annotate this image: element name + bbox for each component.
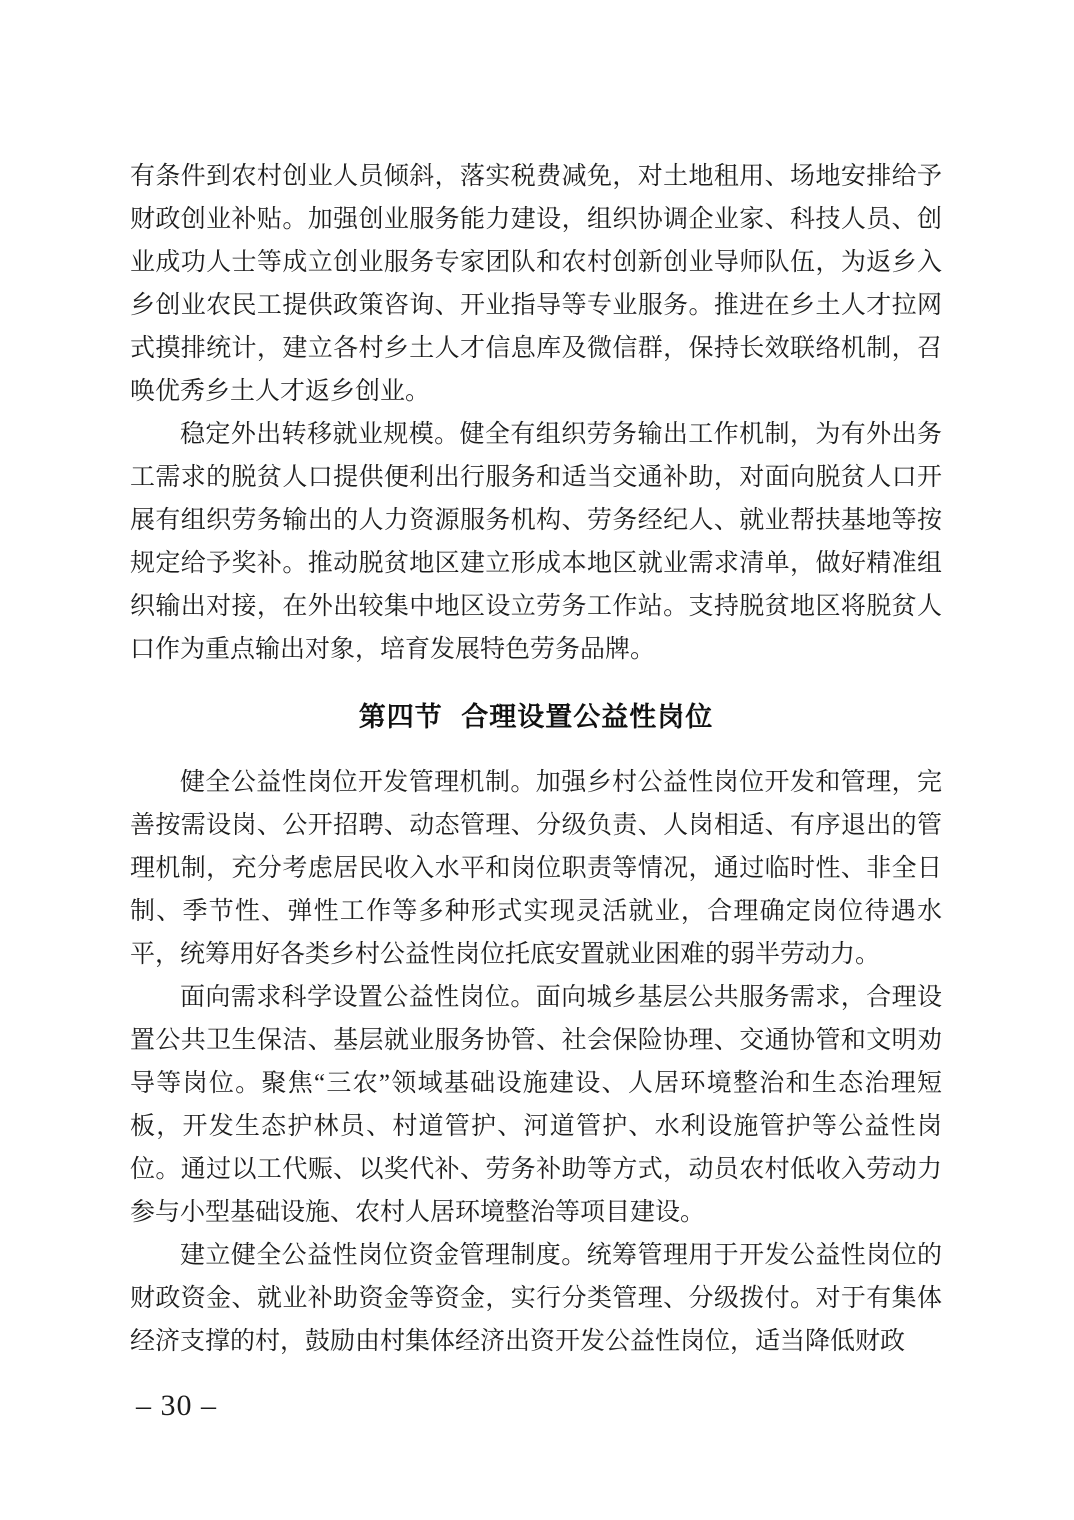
body-paragraph-2: 稳定外出转移就业规模。健全有组织劳务输出工作机制，为有外出务工需求的脱贫人口提供… bbox=[130, 413, 942, 671]
page-number: – 30 – bbox=[136, 1390, 217, 1422]
section-heading: 第四节 合理设置公益性岗位 bbox=[130, 691, 942, 743]
text-column: 有条件到农村创业人员倾斜，落实税费减免，对土地租用、场地安排给予财政创业补贴。加… bbox=[130, 155, 942, 1363]
body-paragraph-4: 面向需求科学设置公益性岗位。面向城乡基层公共服务需求，合理设置公共卫生保洁、基层… bbox=[130, 976, 942, 1234]
document-page: 有条件到农村创业人员倾斜，落实税费减免，对土地租用、场地安排给予财政创业补贴。加… bbox=[0, 0, 1074, 1520]
body-paragraph-1: 有条件到农村创业人员倾斜，落实税费减免，对土地租用、场地安排给予财政创业补贴。加… bbox=[130, 155, 942, 413]
body-paragraph-5: 建立健全公益性岗位资金管理制度。统筹管理用于开发公益性岗位的财政资金、就业补助资… bbox=[130, 1234, 942, 1363]
body-paragraph-3: 健全公益性岗位开发管理机制。加强乡村公益性岗位开发和管理，完善按需设岗、公开招聘… bbox=[130, 761, 942, 976]
